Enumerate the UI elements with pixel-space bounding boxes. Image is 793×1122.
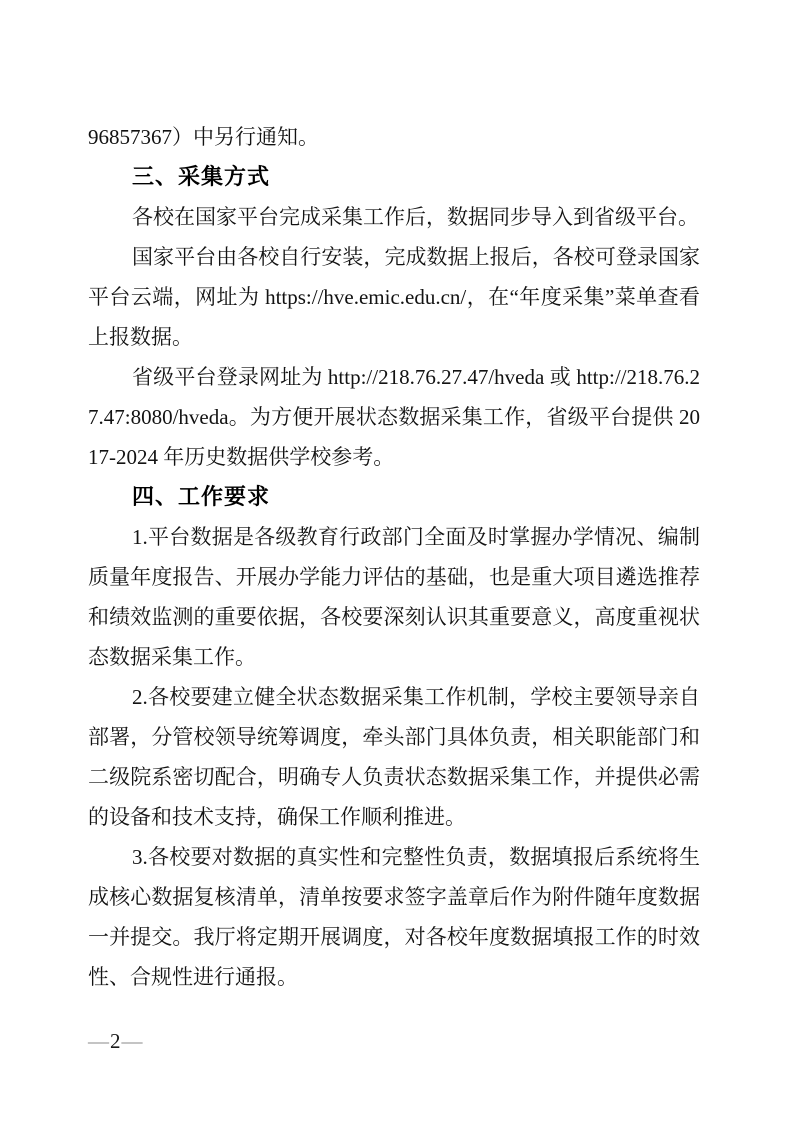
page-number: —2— (88, 1028, 143, 1054)
heading-text: 四、工作要求 (88, 477, 700, 517)
text-line: 态数据采集工作。 (88, 637, 700, 677)
text-line: 成核心数据复核清单，清单按要求签字盖章后作为附件随年度数据 (88, 877, 700, 917)
text-line: 各校在国家平台完成采集工作后，数据同步导入到省级平台。 (88, 197, 700, 237)
text-line: 一并提交。我厅将定期开展调度，对各校年度数据填报工作的时效 (88, 917, 700, 957)
section-heading: 三、采集方式 (88, 157, 700, 197)
paragraph: 1.平台数据是各级教育行政部门全面及时掌握办学情况、编制质量年度报告、开展办学能… (88, 517, 700, 677)
paragraph: 各校在国家平台完成采集工作后，数据同步导入到省级平台。 (88, 197, 700, 237)
paragraph: 2.各校要建立健全状态数据采集工作机制，学校主要领导亲自部署，分管校领导统筹调度… (88, 677, 700, 837)
text-line: 3.各校要对数据的真实性和完整性负责，数据填报后系统将生 (88, 837, 700, 877)
section-heading: 四、工作要求 (88, 477, 700, 517)
text-line: 1.平台数据是各级教育行政部门全面及时掌握办学情况、编制 (88, 517, 700, 557)
heading-text: 三、采集方式 (88, 157, 700, 197)
page-number-value: 2 (109, 1029, 122, 1053)
page-number-dash-right: — (122, 1029, 143, 1053)
paragraph: 96857367）中另行通知。 (88, 117, 700, 157)
text-line: 省级平台登录网址为 http://218.76.27.47/hveda 或 ht… (88, 357, 700, 397)
text-line: 和绩效监测的重要依据，各校要深刻认识其重要意义，高度重视状 (88, 597, 700, 637)
text-line: 的设备和技术支持，确保工作顺利推进。 (88, 797, 700, 837)
text-line: 上报数据。 (88, 317, 700, 357)
text-line: 部署，分管校领导统筹调度，牵头部门具体负责，相关职能部门和 (88, 717, 700, 757)
text-line: 7.47:8080/hveda。为方便开展状态数据采集工作，省级平台提供 20 (88, 397, 700, 437)
text-line: 质量年度报告、开展办学能力评估的基础，也是重大项目遴选推荐 (88, 557, 700, 597)
text-line: 国家平台由各校自行安装，完成数据上报后，各校可登录国家 (88, 237, 700, 277)
text-line: 平台云端，网址为 https://hve.emic.edu.cn/，在“年度采集… (88, 277, 700, 317)
page-number-dash-left: — (88, 1029, 109, 1053)
text-line: 二级院系密切配合，明确专人负责状态数据采集工作，并提供必需 (88, 757, 700, 797)
paragraph: 省级平台登录网址为 http://218.76.27.47/hveda 或 ht… (88, 357, 700, 477)
text-line: 性、合规性进行通报。 (88, 957, 700, 997)
text-line: 2.各校要建立健全状态数据采集工作机制，学校主要领导亲自 (88, 677, 700, 717)
paragraph: 3.各校要对数据的真实性和完整性负责，数据填报后系统将生成核心数据复核清单，清单… (88, 837, 700, 997)
paragraph: 国家平台由各校自行安装，完成数据上报后，各校可登录国家平台云端，网址为 http… (88, 237, 700, 357)
text-line: 17-2024 年历史数据供学校参考。 (88, 437, 700, 477)
document-page: 96857367）中另行通知。三、采集方式各校在国家平台完成采集工作后，数据同步… (0, 0, 793, 1122)
text-line: 96857367）中另行通知。 (88, 117, 700, 157)
document-body: 96857367）中另行通知。三、采集方式各校在国家平台完成采集工作后，数据同步… (88, 117, 700, 997)
